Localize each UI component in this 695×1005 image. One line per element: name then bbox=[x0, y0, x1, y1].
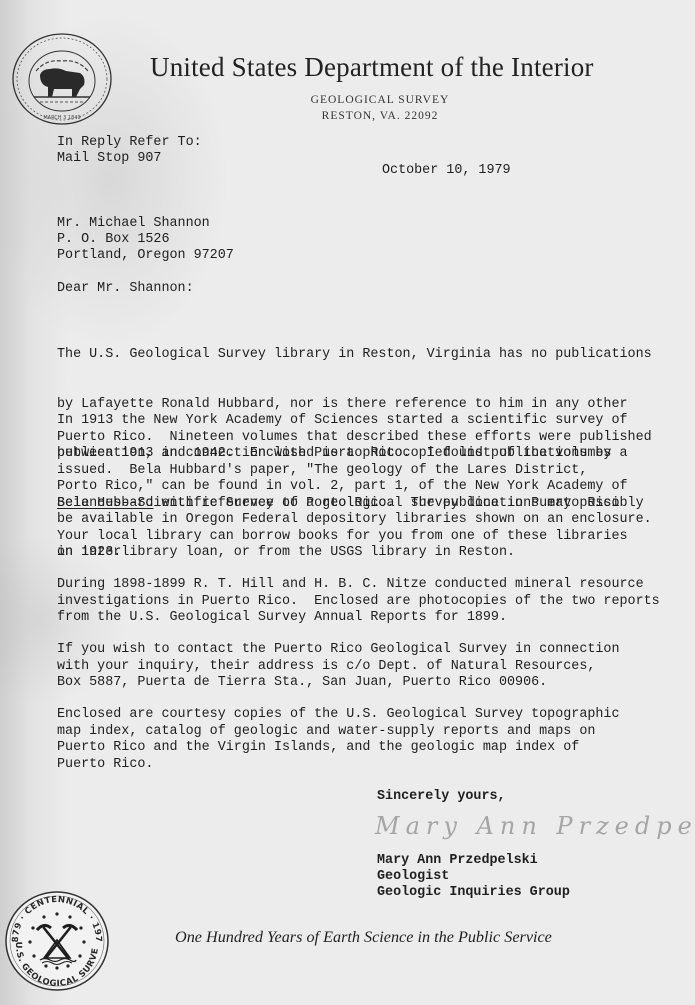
paragraph-line: Puerto Rico. Nineteen volumes that descr… bbox=[57, 430, 695, 447]
paragraph-line: be available in Oregon Federal depositor… bbox=[57, 512, 695, 529]
body-paragraph-4: If you wish to contact the Puerto Rico G… bbox=[57, 642, 695, 692]
signer-name: Mary Ann Przedpelski bbox=[377, 853, 538, 870]
agency-location: RESTON, VA. 22092 bbox=[0, 110, 695, 122]
paragraph-line: with your inquiry, their address is c/o … bbox=[57, 659, 695, 676]
recipient-name: Mr. Michael Shannon bbox=[57, 216, 210, 233]
paragraph-line: Porto Rico," can be found in vol. 2, par… bbox=[57, 479, 695, 496]
usgs-centennial-seal-icon: 1879 · CENTENNIAL · 1979 U.S. GEOLOGICAL… bbox=[4, 890, 110, 992]
mail-stop: Mail Stop 907 bbox=[57, 151, 161, 168]
handwritten-signature: Mary Ann Przedpelski bbox=[375, 812, 695, 840]
paragraph-line: issued. Bela Hubbard's paper, "The geolo… bbox=[57, 463, 695, 480]
p1-line: by Lafayette Ronald Hubbard, nor is ther… bbox=[57, 397, 695, 414]
reply-reference-label: In Reply Refer To: bbox=[57, 135, 202, 152]
letterhead-title: United States Department of the Interior bbox=[150, 52, 594, 83]
signer-title: Geologist bbox=[377, 869, 449, 886]
body-paragraph-3: During 1898-1899 R. T. Hill and H. B. C.… bbox=[57, 577, 695, 627]
recipient-address-line2: Portland, Oregon 97207 bbox=[57, 248, 234, 265]
paragraph-line: investigations in Puerto Rico. Enclosed … bbox=[57, 594, 695, 611]
valediction: Sincerely yours, bbox=[377, 789, 506, 806]
paragraph-line: from the U.S. Geological Survey Annual R… bbox=[57, 610, 695, 627]
paragraph-line: If you wish to contact the Puerto Rico G… bbox=[57, 642, 695, 659]
paragraph-line: Your local library can borrow books for … bbox=[57, 529, 695, 546]
body-paragraph-5: Enclosed are courtesy copies of the U.S.… bbox=[57, 707, 695, 773]
agency-name: GEOLOGICAL SURVEY bbox=[0, 94, 695, 106]
paragraph-line: Puerto Rico. bbox=[57, 757, 695, 774]
paragraph-line: Enclosed are courtesy copies of the U.S.… bbox=[57, 707, 695, 724]
paragraph-line: During 1898-1899 R. T. Hill and H. B. C.… bbox=[57, 577, 695, 594]
paragraph-line: In 1913 the New York Academy of Sciences… bbox=[57, 413, 695, 430]
body-paragraph-2: In 1913 the New York Academy of Sciences… bbox=[57, 413, 695, 562]
p1-line: The U.S. Geological Survey library in Re… bbox=[57, 347, 695, 364]
paragraph-line: on interlibrary loan, or from the USGS l… bbox=[57, 545, 695, 562]
salutation: Dear Mr. Shannon: bbox=[57, 281, 194, 298]
footer-tagline: One Hundred Years of Earth Science in th… bbox=[175, 928, 552, 947]
letter-date: October 10, 1979 bbox=[382, 163, 511, 180]
paragraph-line: Puerto Rico and the Virgin Islands, and … bbox=[57, 740, 695, 757]
recipient-address-line1: P. O. Box 1526 bbox=[57, 232, 170, 249]
signer-group: Geologic Inquiries Group bbox=[377, 885, 570, 902]
paragraph-line: between 1913 and 1942. Enclosed is a pho… bbox=[57, 446, 695, 463]
paragraph-line: map index, catalog of geologic and water… bbox=[57, 724, 695, 741]
paragraph-line: Box 5887, Puerta de Tierra Sta., San Jua… bbox=[57, 675, 695, 692]
paragraph-line: Sciences--Scientific Survey of Porto Ric… bbox=[57, 496, 695, 513]
